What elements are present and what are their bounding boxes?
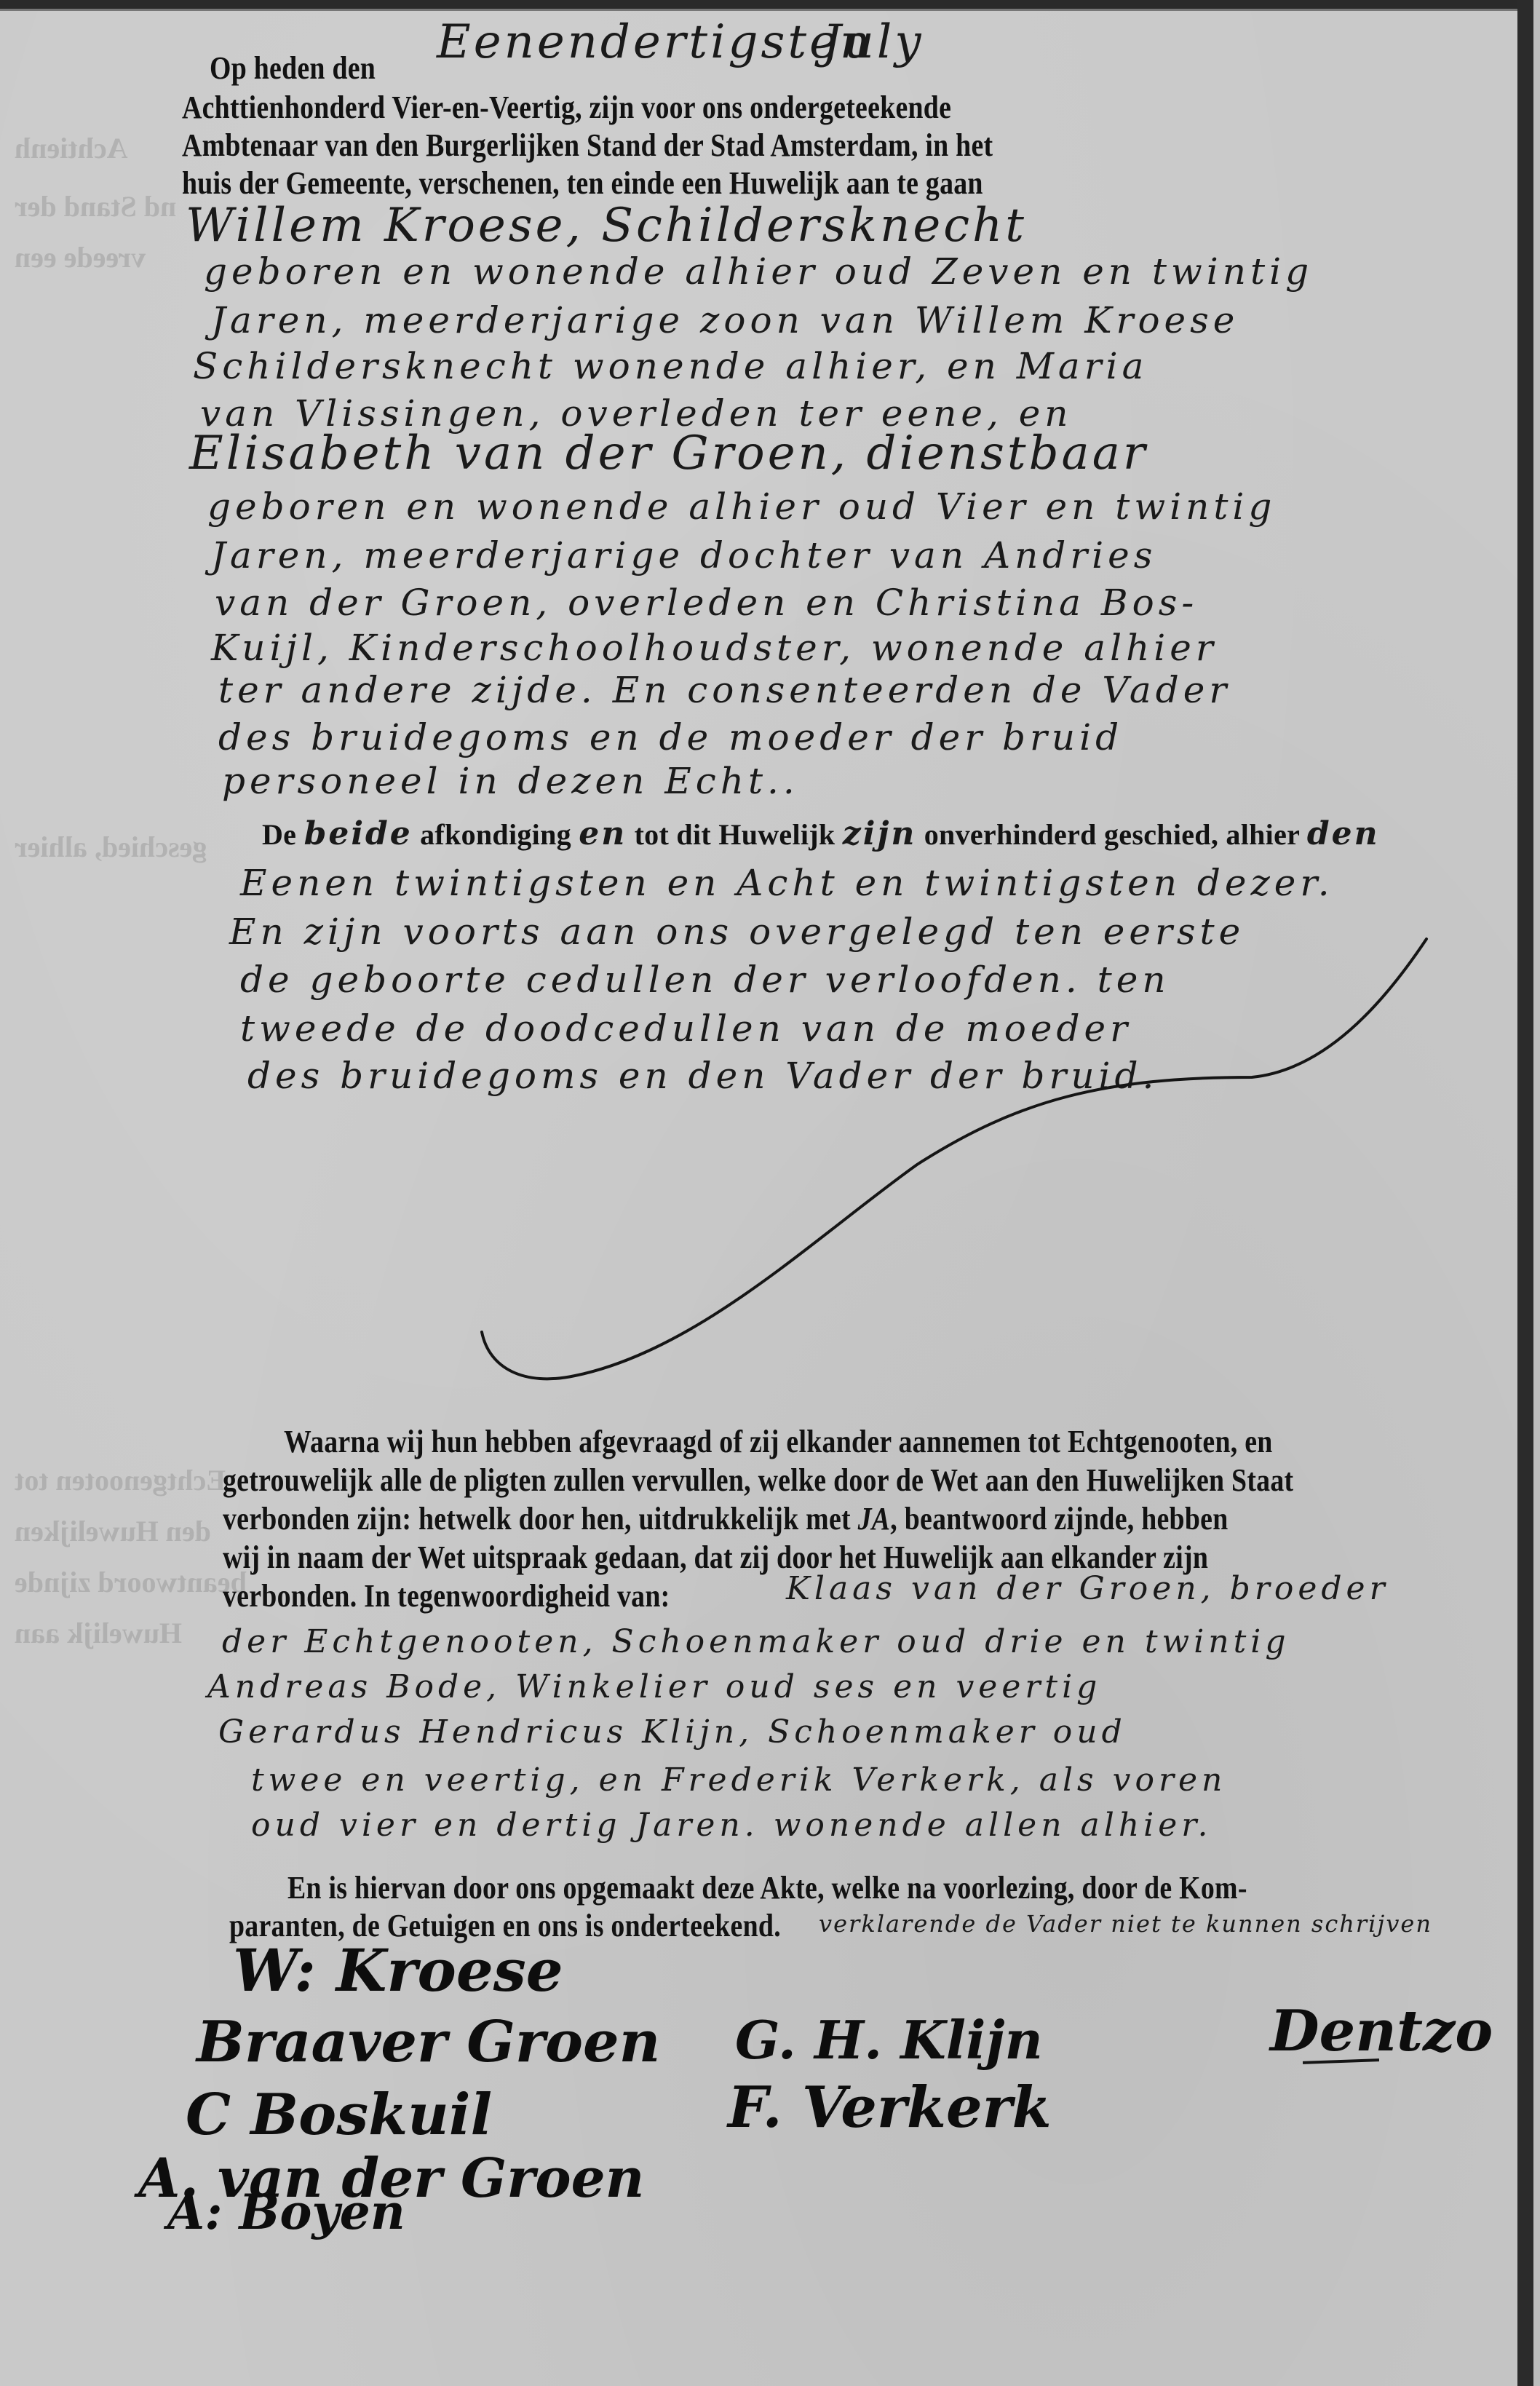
handwritten-insert: beide	[304, 815, 413, 852]
printed-text: De	[262, 818, 296, 851]
witness-line: Klaas van der Groen, broeder	[786, 1569, 1389, 1609]
proclamation-hand-line: En zijn voorts aan ons overgelegd ten ee…	[229, 911, 1245, 952]
bleed-through-text: Echtgenooten tot	[15, 1463, 226, 1497]
witness-line: Andreas Bode, Winkelier oud ses en veert…	[207, 1667, 1101, 1708]
proclamation-hand-line: de geboorte cedullen der verloofden. ten	[240, 959, 1170, 1000]
ja-answer: JA	[858, 1501, 891, 1537]
header-line-2: Achttienhonderd Vier-en-Veertig, zijn vo…	[182, 89, 951, 127]
consent-line-5: verbonden. In tegenwoordigheid van:	[223, 1577, 670, 1615]
closing-line-1: En is hiervan door ons opgemaakt deze Ak…	[287, 1869, 1247, 1907]
date-month-handwritten: July	[822, 22, 924, 63]
parties-line: Jaren, meerderjarige zoon van Willem Kro…	[211, 300, 1239, 341]
printed-text: afkondiging	[420, 818, 571, 851]
signature-witness-verkerk: F. Verkerk	[728, 2074, 1052, 2141]
parties-line: des bruidegoms en de moeder der bruid	[218, 717, 1123, 758]
parties-line: geboren en wonende alhier oud Zeven en t…	[204, 251, 1313, 292]
bleed-through-text: geschied, alhier	[15, 830, 207, 864]
parties-line: Jaren, meerderjarige dochter van Andries	[211, 535, 1156, 576]
page-top-rule	[0, 9, 1517, 11]
parties-line: personeel in dezen Echt..	[222, 761, 799, 801]
consent-line-3: verbonden zijn: hetwelk door hen, uitdru…	[223, 1500, 1229, 1538]
page-top-edge	[0, 0, 1517, 9]
signature-witness: A: Boyen	[167, 2184, 405, 2240]
handwritten-insert: den	[1307, 815, 1380, 852]
witness-line: twee en veertig, en Frederik Verkerk, al…	[251, 1760, 1226, 1801]
printed-text: , beantwoord zijnde, hebben	[890, 1501, 1228, 1537]
proclamation-hand-line: des bruidegoms en den Vader der bruid.	[247, 1055, 1158, 1096]
signature-bride: Braaver Groen	[197, 2009, 660, 2075]
header-line-4: huis der Gemeente, verschenen, ten einde…	[182, 165, 983, 202]
printed-text: onverhinderd geschied, alhier	[924, 818, 1300, 851]
parties-line: geboren en wonende alhier oud Vier en tw…	[207, 486, 1276, 527]
bleed-through-text: Achtienh	[15, 131, 128, 165]
bleed-through-text: Huwelijk aan	[15, 1616, 182, 1650]
bleed-through-text: vreede een	[15, 240, 146, 274]
bleed-through-text: den Huwelijken	[15, 1514, 211, 1548]
adjacent-page-strip	[1533, 0, 1540, 2386]
witness-line: der Echtgenooten, Schoenmaker oud drie e…	[222, 1622, 1290, 1662]
bride-line: Elisabeth van der Groen, dienstbaar	[189, 433, 1148, 474]
printed-text: verbonden zijn: hetwelk door hen, uitdru…	[223, 1501, 851, 1537]
parties-line: Kuijl, Kinderschoolhoudster, wonende alh…	[211, 627, 1218, 668]
witness-line: Gerardus Hendricus Klijn, Schoenmaker ou…	[218, 1712, 1127, 1753]
signature-mother: C Boskuil	[186, 2082, 492, 2148]
parties-line: ter andere zijde. En consenteerden de Va…	[218, 670, 1231, 710]
bleed-through-text: beantwoord zijnde	[15, 1565, 247, 1599]
date-day-handwritten: Eenendertigsten	[437, 22, 873, 63]
consent-line-2: getrouwelijk alle de pligten zullen verv…	[223, 1462, 1293, 1499]
signature-groom: W: Kroese	[233, 1936, 563, 2005]
parties-line: Schildersknecht wonende alhier, en Maria	[193, 346, 1148, 387]
witness-line: oud vier en dertig Jaren. wonende allen …	[251, 1805, 1212, 1846]
parties-line: van der Groen, overleden en Christina Bo…	[215, 582, 1198, 623]
groom-line: Willem Kroese, Schildersknecht	[186, 205, 1027, 246]
printed-text: Op heden den	[210, 50, 376, 86]
page-binding-border	[1517, 0, 1533, 2386]
signature-witness-klijn: G. H. Klijn	[735, 2009, 1043, 2071]
proclamation-hand-line: Eenen twintigsten en Acht en twintigsten…	[240, 863, 1334, 903]
closing-note-handwritten: verklarende de Vader niet te kunnen schr…	[819, 1903, 1432, 1944]
bleed-through-text: nd Stand der	[15, 189, 176, 223]
handwritten-insert: zijn	[843, 815, 917, 852]
header-line-1: Op heden den	[210, 49, 376, 87]
header-line-3: Ambtenaar van den Burgerlijken Stand der…	[182, 127, 993, 165]
proclamation-hand-line: tweede de doodcedullen van de moeder	[240, 1008, 1132, 1049]
consent-line-1: Waarna wij hun hebben afgevraagd of zij …	[284, 1423, 1273, 1461]
proclamation-line: De beide afkondiging en tot dit Huwelijk…	[262, 814, 1380, 855]
signature-official: Dentzo	[1270, 1998, 1493, 2064]
printed-text: tot dit Huwelijk	[635, 818, 836, 851]
handwritten-insert: en	[579, 815, 627, 852]
